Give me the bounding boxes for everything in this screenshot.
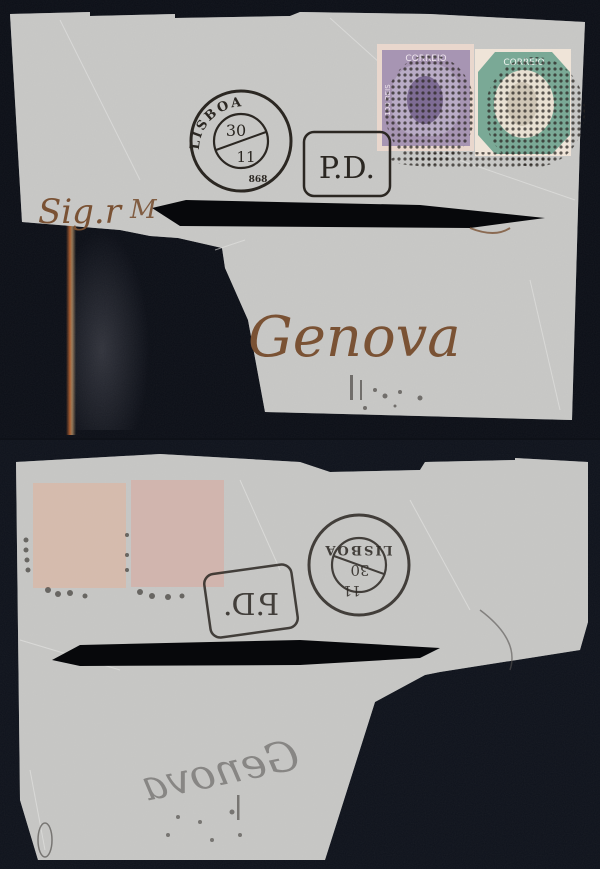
postmark-day: 30 (226, 121, 246, 140)
cover-front-panel: CORREIO 100 REIS CORREIO LISBOA 30 11 86… (0, 0, 600, 438)
postmark-month: 11 (236, 148, 255, 166)
pd-text: P.D. (319, 151, 375, 186)
address-line-salutation: Sig.r (38, 192, 123, 232)
cover-back: LISBOA 30 11 P.D. Genova (0, 440, 600, 869)
cover-front: CORREIO 100 REIS CORREIO LISBOA 30 11 86… (0, 0, 600, 438)
mirrored-city: LISBOA (323, 542, 392, 557)
address-city: Genova (248, 305, 461, 370)
stamp-back-2 (131, 480, 224, 587)
postmark-year: 868 (249, 175, 268, 185)
mirrored-month: 11 (343, 582, 361, 598)
mirrored-day: 30 (350, 561, 369, 579)
pd-mirrored-text: P.D. (223, 588, 279, 623)
svg-text:M: M (129, 195, 158, 225)
stamp-back-1 (33, 483, 126, 588)
cover-back-panel: LISBOA 30 11 P.D. Genova (0, 440, 600, 869)
